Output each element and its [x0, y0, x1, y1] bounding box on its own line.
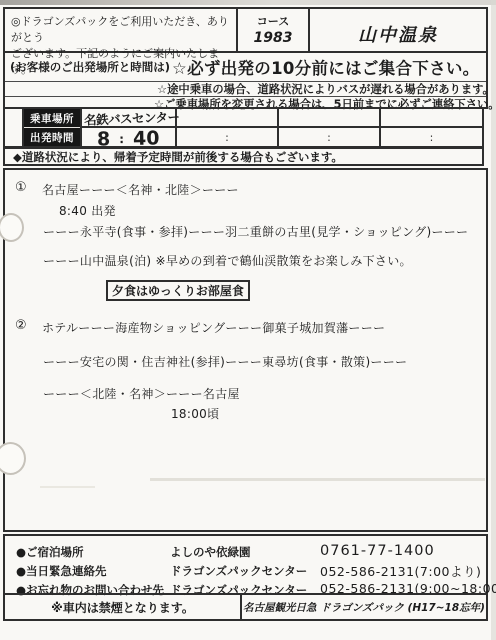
day2-route1: ホテルーーー海産物ショッピングーーー御菓子城加賀藩ーーー — [42, 319, 385, 336]
departure-place-label: (お客様のご出発場所と時間は) — [5, 59, 170, 75]
boarding-place-cell-2 — [177, 109, 277, 128]
day1-departure-time: 8:40 出発 — [59, 202, 116, 219]
dinner-note-box: 夕食はゆっくりお部屋食 — [106, 280, 250, 301]
handwritten-boarding-place: 名鉄バスセンター — [82, 107, 180, 128]
contact-row-emergency: ●当日緊急連絡先 ドラゴンズパックセンター 052-586-2131(7:00よ… — [5, 561, 486, 580]
boarding-place-header: 乗車場所 — [24, 109, 80, 128]
empty-time-colon: : — [327, 131, 331, 144]
footer-bottom-row: ※車内は禁煙となります。 名古屋観光日急 ドラゴンズパック (H17~18忘年) — [5, 593, 486, 619]
time-colon: : — [119, 132, 124, 146]
greeting-text: ◎ドラゴンズパックをご利用いただき、ありがとう ございます。下記のようにご案内い… — [5, 9, 238, 51]
empty-time-colon: : — [430, 131, 434, 144]
main-notice: ☆必ず出発の10分前にはご集合下さい。 — [170, 55, 479, 79]
emergency-label: ●当日緊急連絡先 — [16, 563, 107, 579]
destination-title: 山中温泉 — [310, 9, 486, 51]
no-smoking-notice: ※車内は禁煙となります。 — [5, 595, 242, 619]
boarding-column-2: : — [177, 109, 279, 146]
scan-edge-artifact-top — [0, 0, 496, 5]
day1-route2: ーーー永平寺(食事・参拝)ーーー羽二重餅の古里(見学・ショッピング)ーーー — [43, 223, 468, 240]
notice-2: ☆途中乗車の場合、道路状況によりバスが遅れる場合があります。 — [157, 81, 494, 97]
emergency-name: ドラゴンズパックセンター — [170, 563, 307, 579]
notice-row-2: ☆途中乗車の場合、道路状況によりバスが遅れる場合があります。 — [5, 81, 486, 96]
empty-time-colon: : — [225, 131, 229, 144]
company-credit: 名古屋観光日急 ドラゴンズパック (H17~18忘年) — [242, 595, 486, 619]
boarding-place-cell-3 — [279, 109, 379, 128]
boarding-table: 乗車場所 出発時間 名鉄バスセンター 8 : 40 : : — [3, 107, 484, 148]
departure-time-cell-4: : — [381, 128, 482, 146]
scan-smudge — [40, 486, 95, 488]
day2-number: ② — [15, 318, 27, 333]
course-label: コース — [238, 13, 308, 29]
day1-number: ① — [15, 180, 27, 195]
lodging-name: よしのや依緑園 — [170, 544, 251, 560]
footer-contact-section: ●ご宿泊場所 よしのや依緑園 0761-77-1400 ●当日緊急連絡先 ドラゴ… — [3, 534, 488, 621]
departure-time-header: 出発時間 — [24, 128, 80, 146]
course-cell: コース 1983 — [238, 9, 310, 51]
lodging-label: ●ご宿泊場所 — [16, 544, 84, 560]
boarding-column-4: : — [381, 109, 482, 146]
road-note-text: ◆道路状況により、帰着予定時間が前後する場合もございます。 — [13, 149, 343, 165]
course-number: 1983 — [238, 30, 308, 46]
lodging-phone: 0761-77-1400 — [320, 543, 435, 559]
day2-route2: ーーー安宅の関・住吉神社(参拝)ーーー東尋坊(食事・散策)ーーー — [43, 353, 407, 370]
departure-time-cell-3: : — [279, 128, 379, 146]
boarding-table-headers: 乗車場所 出発時間 — [24, 109, 82, 146]
day2-route3: ーーー＜北陸・名神＞ーーー名古屋 — [43, 385, 240, 402]
boarding-place-cell-4 — [381, 109, 482, 128]
day1-route3: ーーー山中温泉(泊) ※早めの到着で鶴仙渓散策をお楽しみ下さい。 — [43, 252, 412, 269]
boarding-column-3: : — [279, 109, 381, 146]
day1-route1: 名古屋ーーー＜名神・北陸＞ーーー — [42, 181, 239, 198]
scan-smudge — [150, 478, 485, 481]
header-top-row: ◎ドラゴンズパックをご利用いただき、ありがとう ございます。下記のようにご案内い… — [5, 9, 486, 51]
contact-rows: ●ご宿泊場所 よしのや依緑園 0761-77-1400 ●当日緊急連絡先 ドラゴ… — [5, 536, 486, 599]
emergency-phone: 052-586-2131(7:00より) — [320, 562, 481, 580]
boarding-column-1: 名鉄バスセンター 8 : 40 — [82, 109, 177, 146]
departure-time-cell-2: : — [177, 128, 277, 146]
road-condition-note: ◆道路状況により、帰着予定時間が前後する場合もございます。 — [3, 147, 484, 166]
greeting-line1: ◎ドラゴンズパックをご利用いただき、ありがとう — [11, 15, 229, 44]
boarding-place-cell-1: 名鉄バスセンター — [82, 109, 175, 128]
boarding-table-spacer-cell — [5, 109, 24, 146]
header-section: ◎ドラゴンズパックをご利用いただき、ありがとう ございます。下記のようにご案内い… — [3, 7, 488, 109]
contact-row-lodging: ●ご宿泊場所 よしのや依緑園 0761-77-1400 — [5, 542, 486, 561]
scanned-document-paper: ◎ドラゴンズパックをご利用いただき、ありがとう ございます。下記のようにご案内い… — [0, 0, 496, 640]
day2-arrival-time: 18:00頃 — [171, 405, 219, 422]
